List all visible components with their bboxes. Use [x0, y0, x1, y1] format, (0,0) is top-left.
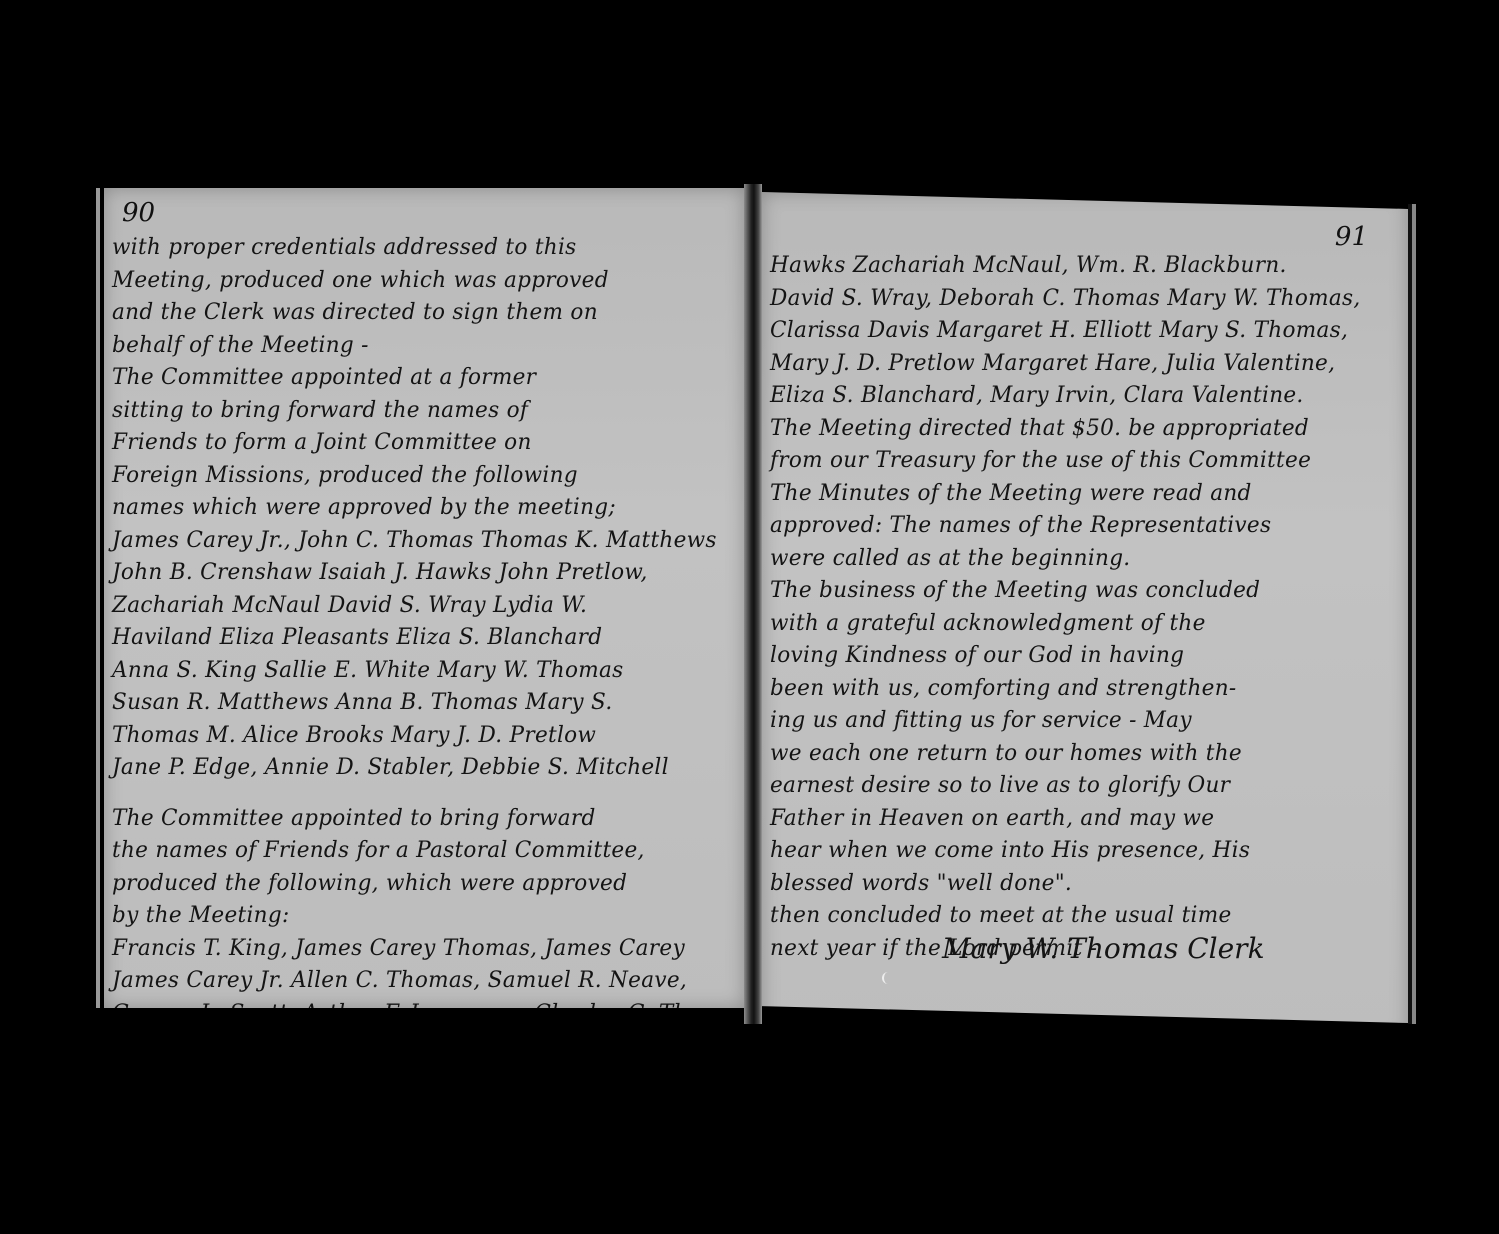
handwritten-line: Clarissa Davis Margaret H. Elliott Mary … [770, 315, 1387, 348]
handwritten-line: Friends to form a Joint Committee on [112, 427, 724, 460]
handwritten-line: John B. Crenshaw Isaiah J. Hawks John Pr… [112, 557, 724, 590]
scanned-image: 90 with proper credentials addressed to … [0, 0, 1499, 1234]
handwritten-line: names which were approved by the meeting… [112, 492, 724, 525]
handwritten-line: Mary J. D. Pretlow Margaret Hare, Julia … [770, 348, 1387, 381]
handwritten-line: produced the following, which were appro… [112, 868, 724, 901]
handwritten-line: Jane P. Edge, Annie D. Stabler, Debbie S… [112, 752, 724, 785]
handwritten-line: Thomas M. Alice Brooks Mary J. D. Pretlo… [112, 720, 724, 753]
handwritten-line: David S. Wray, Deborah C. Thomas Mary W.… [770, 283, 1387, 316]
paper-blemish [882, 972, 890, 984]
open-ledger-book: 90 with proper credentials addressed to … [96, 184, 1426, 1064]
handwritten-line: and the Clerk was directed to sign them … [112, 297, 724, 330]
handwritten-line: Zachariah McNaul David S. Wray Lydia W. [112, 590, 724, 623]
handwritten-line: we each one return to our homes with the [770, 738, 1387, 771]
right-page: 91 Hawks Zachariah McNaul, Wm. R. Blackb… [762, 192, 1408, 1040]
handwritten-line: with a grateful acknowledgment of the [770, 608, 1387, 641]
handwritten-line: earnest desire so to live as to glorify … [770, 770, 1387, 803]
handwritten-line: by the Meeting: [112, 900, 724, 933]
page-number-left: 90 [122, 198, 155, 228]
handwritten-line: from our Treasury for the use of this Co… [770, 445, 1387, 478]
clerk-signature: Mary W. Thomas Clerk [942, 932, 1265, 965]
handwritten-line: Hawks Zachariah McNaul, Wm. R. Blackburn… [770, 250, 1387, 283]
handwritten-line: George L. Scott, Arthur F. Lawrence, Cha… [112, 998, 724, 1009]
book-spine [744, 184, 762, 1024]
left-page-text: with proper credentials addressed to thi… [112, 232, 736, 1008]
page-number-right: 91 [1335, 222, 1368, 252]
left-page-edge [96, 188, 100, 1008]
handwritten-line: The Committee appointed to bring forward [112, 803, 724, 836]
handwritten-line: Susan R. Matthews Anna B. Thomas Mary S. [112, 687, 724, 720]
handwritten-line: behalf of the Meeting - [112, 330, 724, 363]
handwritten-line: Francis T. King, James Carey Thomas, Jam… [112, 933, 724, 966]
handwritten-line: Father in Heaven on earth, and may we [770, 803, 1387, 836]
handwritten-line: the names of Friends for a Pastoral Comm… [112, 835, 724, 868]
handwritten-line: Anna S. King Sallie E. White Mary W. Tho… [112, 655, 724, 688]
handwritten-line: Haviland Eliza Pleasants Eliza S. Blanch… [112, 622, 724, 655]
handwritten-line: The Committee appointed at a former [112, 362, 724, 395]
handwritten-line [112, 785, 724, 803]
handwritten-line: Foreign Missions, produced the following [112, 460, 724, 493]
handwritten-line: The Meeting directed that $50. be approp… [770, 413, 1387, 446]
handwritten-line: James Carey Jr., John C. Thomas Thomas K… [112, 525, 724, 558]
handwritten-line: The business of the Meeting was conclude… [770, 575, 1387, 608]
handwritten-line: James Carey Jr. Allen C. Thomas, Samuel … [112, 965, 724, 998]
handwritten-line: with proper credentials addressed to thi… [112, 232, 724, 265]
handwritten-line: loving Kindness of our God in having [770, 640, 1387, 673]
handwritten-line: were called as at the beginning. [770, 543, 1387, 576]
handwritten-line: Meeting, produced one which was approved [112, 265, 724, 298]
handwritten-line: then concluded to meet at the usual time [770, 900, 1387, 933]
handwritten-line: blessed words "well done". [770, 868, 1387, 901]
handwritten-line: ing us and fitting us for service - May [770, 705, 1387, 738]
handwritten-line: been with us, comforting and strengthen- [770, 673, 1387, 706]
handwritten-line: Eliza S. Blanchard, Mary Irvin, Clara Va… [770, 380, 1387, 413]
right-page-edge [1408, 204, 1418, 1024]
right-page-text: Hawks Zachariah McNaul, Wm. R. Blackburn… [770, 250, 1400, 965]
handwritten-line: hear when we come into His presence, His [770, 835, 1387, 868]
handwritten-line: sitting to bring forward the names of [112, 395, 724, 428]
left-page: 90 with proper credentials addressed to … [104, 188, 744, 1008]
handwritten-line: The Minutes of the Meeting were read and [770, 478, 1387, 511]
handwritten-line: approved: The names of the Representativ… [770, 510, 1387, 543]
